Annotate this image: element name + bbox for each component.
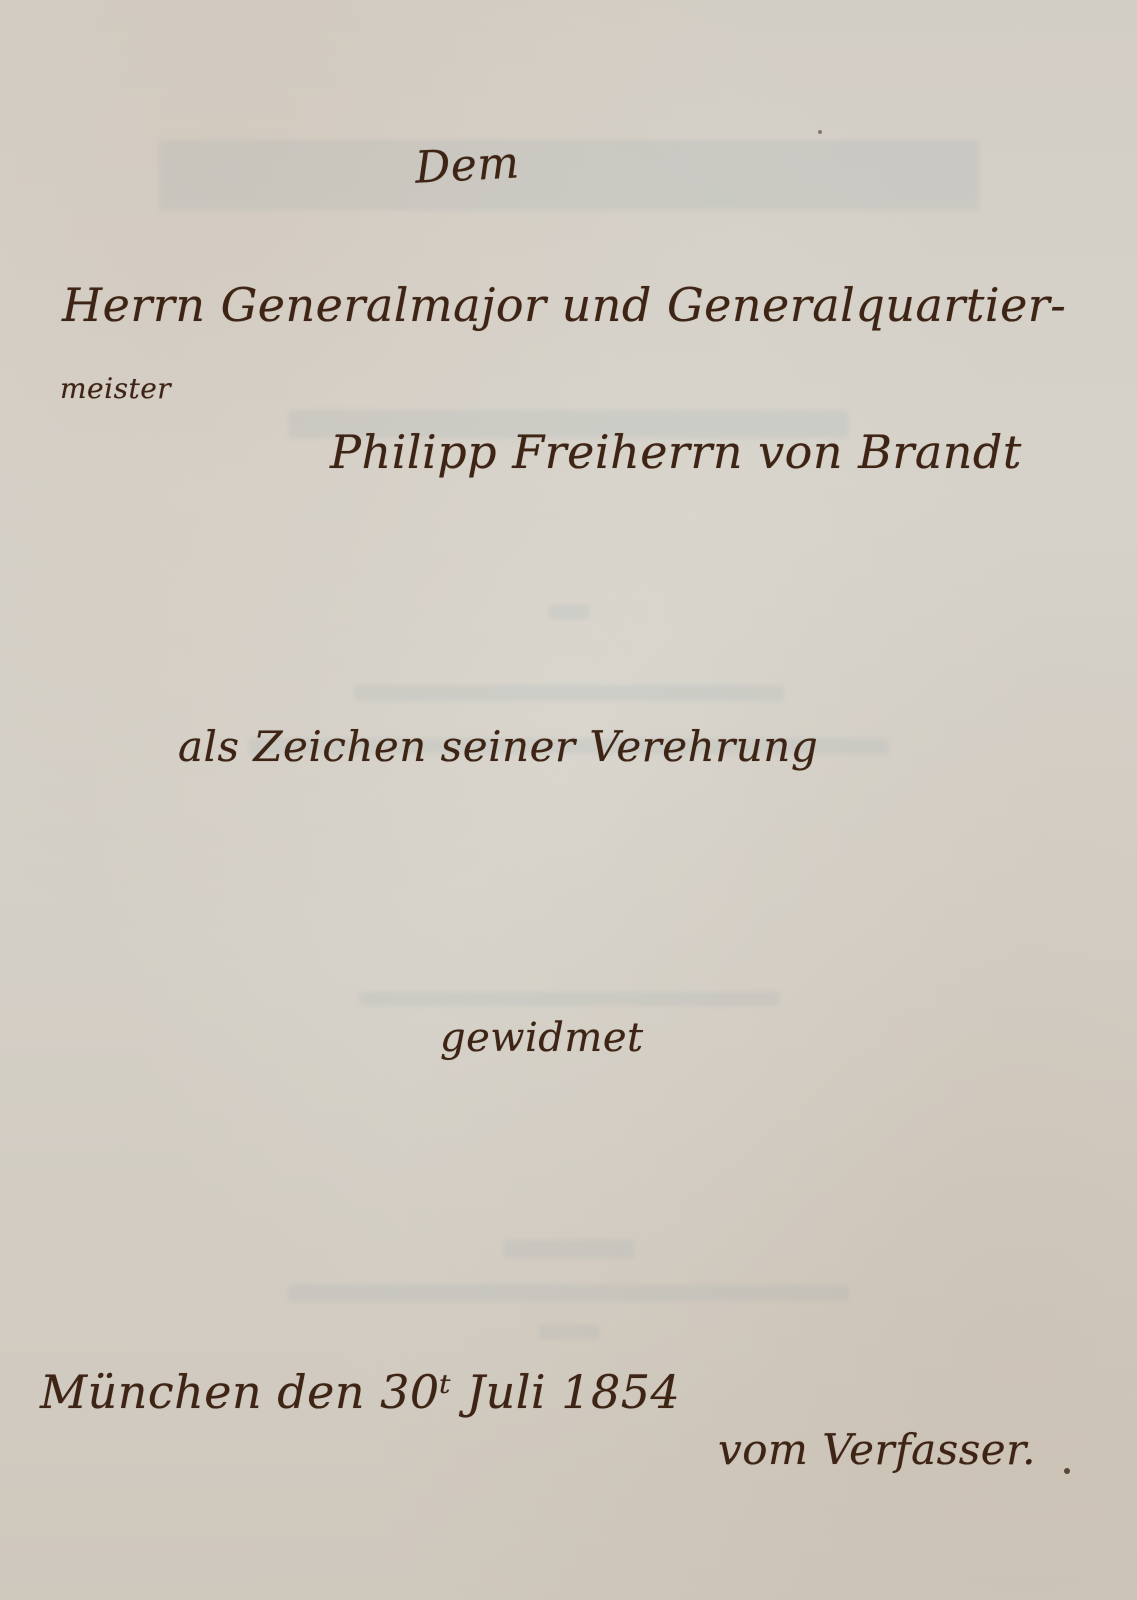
show-through-imprint-publisher bbox=[0, 1285, 1137, 1301]
recipient-title-line-2: meister bbox=[60, 372, 171, 405]
salutation-text: Dem bbox=[414, 137, 521, 193]
show-through-imprint-city bbox=[0, 1240, 1137, 1258]
show-through-title-line bbox=[0, 140, 1137, 210]
show-through-illustration-line bbox=[0, 992, 1137, 1006]
dedication-purpose: als Zeichen seiner Verehrung bbox=[178, 722, 818, 771]
show-through-von-line bbox=[0, 605, 1137, 619]
recipient-name: Philipp Freiherrn von Brandt bbox=[330, 425, 1022, 479]
paper-speck bbox=[818, 130, 822, 134]
dedication-page: Dem Herrn Generalmajor und Generalquarti… bbox=[0, 0, 1137, 1600]
show-through-imprint-year bbox=[0, 1325, 1137, 1339]
signature-period bbox=[1064, 1468, 1070, 1474]
recipient-title-line-1: Herrn Generalmajor und Generalquartier- bbox=[62, 278, 1066, 332]
author-signature: vom Verfasser. bbox=[718, 1425, 1036, 1474]
show-through-author-line bbox=[0, 685, 1137, 701]
place-and-date: München den 30ᵗ Juli 1854 bbox=[40, 1365, 680, 1419]
dedication-verb: gewidmet bbox=[440, 1015, 644, 1061]
